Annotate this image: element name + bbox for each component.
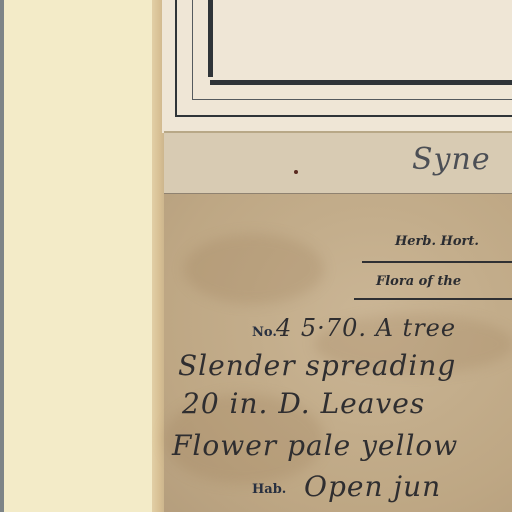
water-stain: [184, 234, 324, 304]
handwritten-line-2: Slender spreading: [178, 349, 456, 382]
handwritten-line-1: 4 5·70. A tree: [276, 314, 456, 342]
frame-inner-left-rule: [208, 0, 213, 77]
label-header-rule: [362, 261, 512, 263]
frame-inner-bottom-rule: [210, 80, 512, 85]
label-header-flora: Flora of the: [376, 274, 461, 289]
habitat-label: Hab.: [252, 482, 286, 497]
frame-middle-bottom-rule: [192, 99, 512, 100]
specimen-label: Herb. Hort. Flora of the No. 4 5·70. A t…: [164, 193, 512, 512]
label-header-rule: [354, 298, 512, 300]
handwritten-line-3: 20 in. D. Leaves: [182, 387, 425, 420]
handwritten-tag-text: Syne: [412, 142, 491, 177]
label-number-prefix: No.: [252, 325, 277, 340]
wormhole-mark: [294, 170, 298, 174]
handwritten-line-5: Open jun: [304, 470, 441, 503]
frame-middle-left-rule: [192, 0, 193, 100]
frame-outer-left-rule: [175, 0, 177, 117]
frame-outer-bottom-rule: [175, 115, 512, 117]
label-header-herb-hort: Herb. Hort.: [395, 234, 479, 249]
mounting-mat: [4, 0, 152, 512]
printed-frame-card: [162, 0, 512, 133]
handwritten-line-4: Flower pale yellow: [172, 429, 458, 462]
